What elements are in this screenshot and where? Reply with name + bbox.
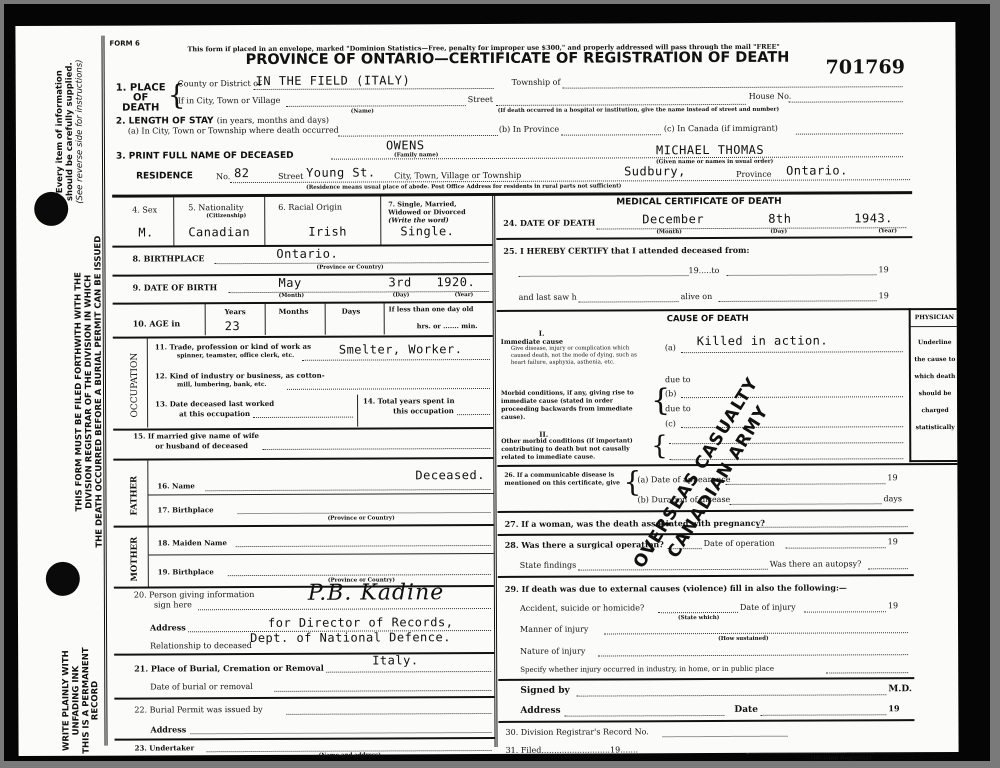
residence-street-value: Young St.: [306, 165, 376, 179]
given-name-value: MICHAEL THOMAS: [656, 143, 764, 157]
father-name-label: 16. Name: [157, 481, 194, 490]
form-number: FORM 6: [109, 40, 139, 48]
informant-signature: P.B. Kadine: [308, 580, 444, 606]
nationality-value: Canadian: [188, 225, 250, 239]
punch-hole-bottom: [46, 562, 80, 596]
immediate-cause-value: Killed in action.: [697, 334, 828, 349]
dod-year-value: 1943.: [854, 211, 893, 225]
dob-day-value: 3rd: [389, 275, 412, 289]
medical-cert-title: MEDICAL CERTIFICATE OF DEATH: [616, 197, 781, 208]
sex-value: M.: [138, 225, 154, 239]
burial-place-value: Italy.: [372, 653, 418, 667]
margin-note-top: Every item of information should be care…: [56, 59, 86, 203]
county-value: IN THE FIELD (ITALY): [256, 73, 411, 88]
sex-label: 4. Sex: [132, 205, 157, 214]
father-side-label: FATHER: [130, 476, 140, 516]
dob-year-value: 1920.: [437, 275, 476, 289]
certify-label: 25. I HEREBY CERTIFY that I attended dec…: [503, 245, 749, 256]
dod-day-value: 8th: [768, 212, 791, 226]
house-no-label: House No.: [749, 92, 792, 101]
physician-note: Underline the cause to which death shoul…: [913, 334, 957, 436]
county-label: County or District of: [178, 79, 261, 88]
residence-label: RESIDENCE: [136, 171, 193, 181]
column-divider: [492, 195, 497, 747]
street-label: Street: [468, 95, 493, 104]
dob-label: 9. DATE OF BIRTH: [133, 282, 218, 292]
date-of-death-label: 24. DATE OF DEATH: [503, 218, 595, 228]
occupation-side-label: OCCUPATION: [130, 353, 141, 418]
residence-no-value: 82: [234, 166, 250, 180]
residence-province-value: Ontario.: [786, 163, 848, 177]
age-label: 10. AGE in: [133, 318, 181, 328]
margin-note-ink: WRITE PLAINLY WITH UNFADING INK THIS IS …: [62, 647, 102, 754]
mother-side-label: MOTHER: [131, 537, 141, 582]
margin-note-filing: THIS FORM MUST BE FILED FORTHWITH WITH T…: [74, 236, 105, 548]
birthplace-value: Ontario.: [276, 247, 338, 261]
death-certificate: Every item of information should be care…: [15, 22, 958, 756]
nationality-label: 5. Nationality: [188, 203, 243, 212]
marital-label: 7. Single, Married, Widowed or Divorced …: [388, 200, 488, 224]
informant-address-line2: Dept. of National Defence.: [250, 630, 451, 645]
township-label: Township of: [512, 78, 561, 87]
dob-month-value: May: [279, 276, 302, 290]
city-label: If in City, Town or Village: [178, 96, 281, 105]
place-of-death-label: 1. PLACEOFDEATH: [116, 83, 166, 113]
cause-of-death-title: CAUSE OF DEATH: [667, 314, 749, 324]
trade-value: Smelter, Worker.: [339, 342, 463, 357]
racial-origin-label: 6. Racial Origin: [278, 203, 342, 212]
marital-value: Single.: [400, 224, 454, 238]
racial-origin-value: Irish: [308, 225, 347, 239]
informant-address-line1: for Director of Records,: [268, 615, 453, 630]
age-years-value: 23: [225, 319, 241, 333]
margin-rule: [101, 36, 107, 746]
dod-month-value: December: [642, 212, 704, 226]
residence-city-value: Sudbury,: [624, 164, 686, 178]
father-name-value: Deceased.: [415, 468, 485, 482]
serial-number: 701769: [826, 56, 905, 78]
certificate-title: PROVINCE OF ONTARIO—CERTIFICATE OF REGIS…: [246, 50, 790, 68]
full-name-label: 3. PRINT FULL NAME OF DECEASED: [116, 151, 294, 162]
family-name-value: OWENS: [386, 138, 425, 152]
birthplace-label: 8. BIRTHPLACE: [132, 253, 204, 263]
